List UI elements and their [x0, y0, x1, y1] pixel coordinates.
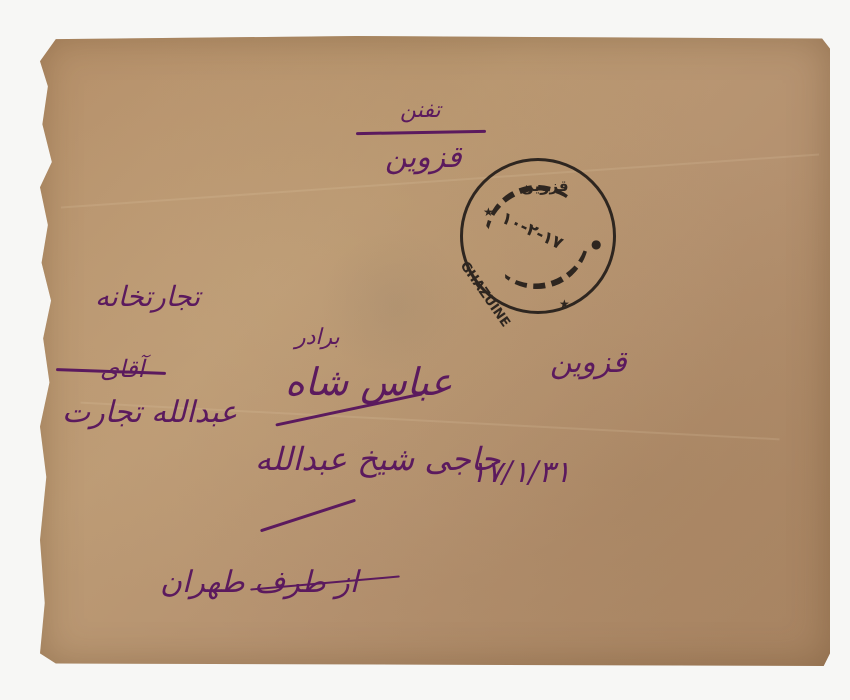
handwriting-name-line: حاجی شیخ عبدالله — [255, 440, 500, 478]
handwriting-recipient-name: عباس شاه — [285, 360, 453, 404]
postmark-city-persian: قزوین — [521, 177, 569, 195]
handwriting-top-destination: قزوین — [385, 140, 462, 175]
handwriting-left-2: آقای — [100, 355, 144, 383]
star-icon: ★ — [559, 297, 570, 311]
handwriting-date: ١٧/١/٣١ — [470, 455, 571, 490]
postmark: قزوین ١٧-٢-١٠ GHAZUINE ★ ● ★ — [460, 158, 616, 314]
handwriting-right-destination: قزوین — [550, 345, 627, 380]
star-icon: ● — [591, 237, 601, 251]
star-icon: ★ — [483, 205, 494, 219]
handwriting-recipient-title: برادر — [295, 325, 340, 350]
handwriting-left-3: عبدالله تجارت — [62, 395, 237, 430]
handwriting-left-1: تجارتخانه — [95, 280, 200, 313]
faded-stamp-impression — [320, 230, 470, 380]
handwriting-top-line: تفنن — [400, 98, 441, 123]
